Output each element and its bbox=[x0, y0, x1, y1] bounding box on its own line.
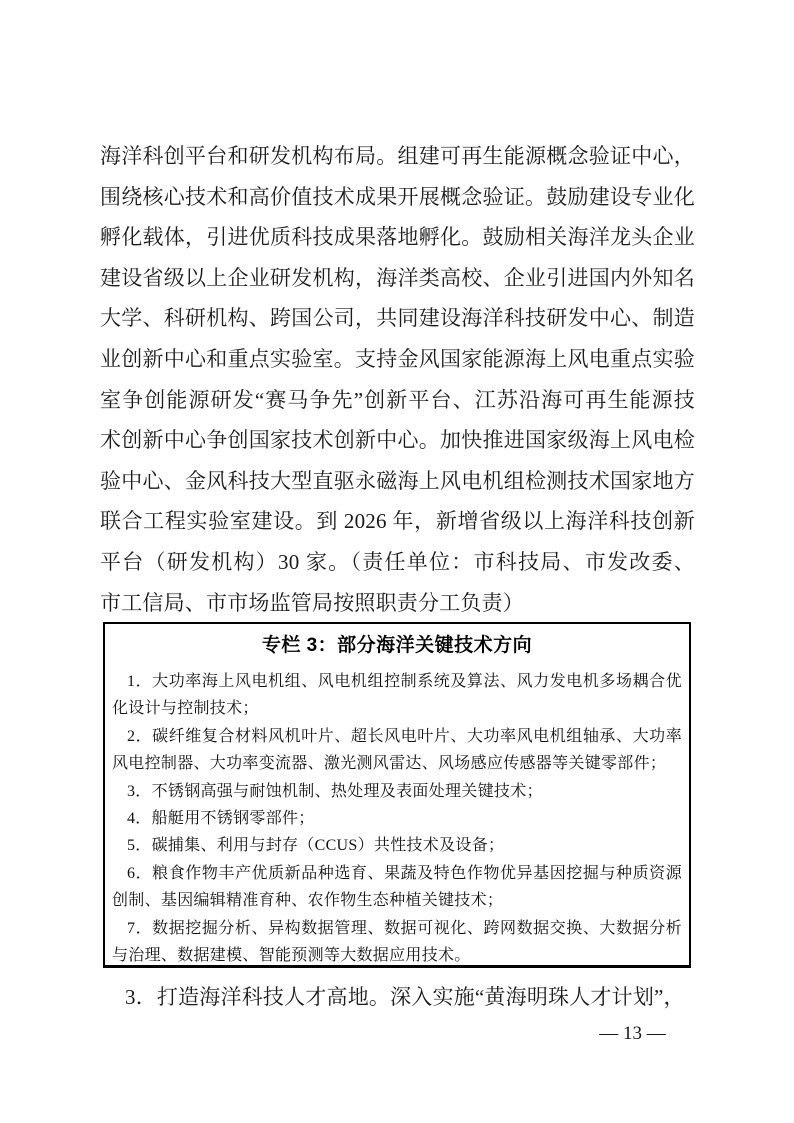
paragraph-line: 平台（研发机构）30 家。（责任单位：市科技局、市发改委、 bbox=[100, 542, 695, 583]
body-text: 海洋科创平台和研发机构布局。组建可再生能源概念验证中心， 围绕核心技术和高价值技… bbox=[100, 136, 695, 623]
paragraph-line: 业创新中心和重点实验室。支持金风国家能源海上风电重点实验 bbox=[100, 339, 695, 380]
callout-item: 2．碳纤维复合材料风机叶片、超长风电叶片、大功率风电机组轴承、大功率风电控制器、… bbox=[112, 723, 682, 778]
callout-item: 4．船艇用不锈钢零部件； bbox=[112, 805, 682, 832]
paragraph-line: 室争创能源研发“赛马争先”创新平台、江苏沿海可再生能源技 bbox=[100, 380, 695, 421]
paragraph-line: 孵化载体，引进优质科技成果落地孵化。鼓励相关海洋龙头企业 bbox=[100, 217, 695, 258]
paragraph-line: 验中心、金风科技大型直驱永磁海上风电机组检测技术国家地方 bbox=[100, 461, 695, 502]
paragraph-line: 市工信局、市市场监管局按照职责分工负责） bbox=[100, 583, 695, 624]
callout-title: 专栏 3：部分海洋关键技术方向 bbox=[112, 633, 682, 659]
page-number: — 13 — bbox=[570, 1022, 695, 1046]
callout-item: 7．数据挖掘分析、异构数据管理、数据可视化、跨网数据交换、大数据分析与治理、数据… bbox=[112, 915, 682, 970]
document-page: { "page": { "background": "#ffffff", "te… bbox=[0, 0, 794, 1123]
callout-item: 3．不锈钢高强与耐蚀机制、热处理及表面处理关键技术； bbox=[112, 778, 682, 805]
paragraph-line: 大学、科研机构、跨国公司，共同建设海洋科技研发中心、制造 bbox=[100, 298, 695, 339]
callout-item-list: 1．大功率海上风电机组、风电机组控制系统及算法、风力发电机多场耦合优化设计与控制… bbox=[112, 668, 682, 969]
paragraph-line: 海洋科创平台和研发机构布局。组建可再生能源概念验证中心， bbox=[100, 136, 695, 177]
paragraph-line: 建设省级以上企业研发机构，海洋类高校、企业引进国内外知名 bbox=[100, 258, 695, 299]
paragraph-line: 术创新中心争创国家技术创新中心。加快推进国家级海上风电检 bbox=[100, 420, 695, 461]
callout-box: 专栏 3：部分海洋关键技术方向 1．大功率海上风电机组、风电机组控制系统及算法、… bbox=[103, 622, 691, 968]
callout-item: 1．大功率海上风电机组、风电机组控制系统及算法、风力发电机多场耦合优化设计与控制… bbox=[112, 668, 682, 723]
closing-paragraph: 3．打造海洋科技人才高地。深入实施“黄海明珠人才计划”， bbox=[100, 977, 695, 1017]
paragraph-line: 围绕核心技术和高价值技术成果开展概念验证。鼓励建设专业化 bbox=[100, 177, 695, 218]
callout-item: 5．碳捕集、利用与封存（CCUS）共性技术及设备； bbox=[112, 832, 682, 859]
paragraph-line: 联合工程实验室建设。到 2026 年，新增省级以上海洋科技创新 bbox=[100, 501, 695, 542]
callout-item: 6．粮食作物丰产优质新品种选育、果蔬及特色作物优异基因挖掘与种质资源创制、基因编… bbox=[112, 860, 682, 915]
